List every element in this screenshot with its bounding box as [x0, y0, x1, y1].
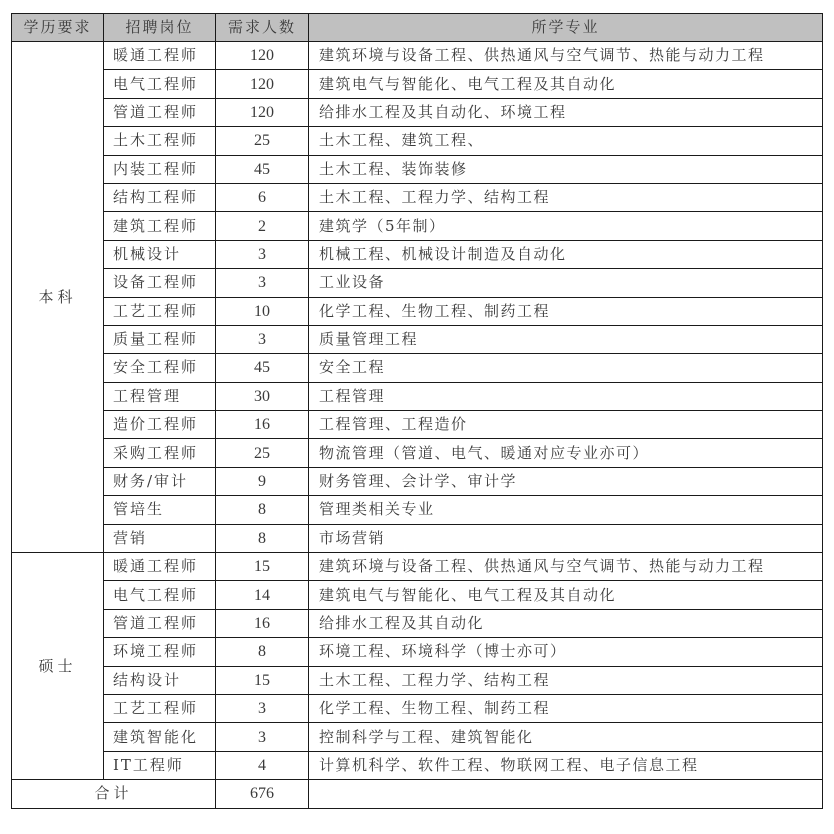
position-cell: 管道工程师 [104, 609, 216, 637]
table-row: 电气工程师120建筑电气与智能化、电气工程及其自动化 [12, 70, 823, 98]
table-row: 土木工程师25土木工程、建筑工程、 [12, 127, 823, 155]
major-cell: 土木工程、工程力学、结构工程 [309, 666, 823, 694]
count-cell: 120 [216, 98, 309, 126]
table-row: 电气工程师14建筑电气与智能化、电气工程及其自动化 [12, 581, 823, 609]
count-cell: 25 [216, 439, 309, 467]
table-row: IT工程师4计算机科学、软件工程、物联网工程、电子信息工程 [12, 751, 823, 779]
header-position: 招聘岗位 [104, 14, 216, 42]
major-cell: 质量管理工程 [309, 325, 823, 353]
position-cell: 环境工程师 [104, 638, 216, 666]
education-level-cell: 本科 [12, 42, 104, 553]
count-cell: 45 [216, 354, 309, 382]
table-row: 管培生8管理类相关专业 [12, 496, 823, 524]
position-cell: 管道工程师 [104, 98, 216, 126]
major-cell: 工程管理 [309, 382, 823, 410]
total-major-empty [309, 780, 823, 808]
table-row: 管道工程师120给排水工程及其自动化、环境工程 [12, 98, 823, 126]
major-cell: 控制科学与工程、建筑智能化 [309, 723, 823, 751]
major-cell: 土木工程、建筑工程、 [309, 127, 823, 155]
table-row: 工艺工程师3化学工程、生物工程、制药工程 [12, 694, 823, 722]
count-cell: 6 [216, 183, 309, 211]
header-major: 所学专业 [309, 14, 823, 42]
table-row: 设备工程师3工业设备 [12, 269, 823, 297]
count-cell: 45 [216, 155, 309, 183]
total-row: 合计676 [12, 780, 823, 808]
position-cell: 结构设计 [104, 666, 216, 694]
table-row: 营销8市场营销 [12, 524, 823, 552]
position-cell: 财务/审计 [104, 467, 216, 495]
count-cell: 2 [216, 212, 309, 240]
count-cell: 3 [216, 240, 309, 268]
count-cell: 15 [216, 553, 309, 581]
position-cell: 管培生 [104, 496, 216, 524]
count-cell: 9 [216, 467, 309, 495]
position-cell: 暖通工程师 [104, 553, 216, 581]
position-cell: 安全工程师 [104, 354, 216, 382]
position-cell: 设备工程师 [104, 269, 216, 297]
table-row: 造价工程师16工程管理、工程造价 [12, 411, 823, 439]
count-cell: 120 [216, 70, 309, 98]
major-cell: 建筑环境与设备工程、供热通风与空气调节、热能与动力工程 [309, 553, 823, 581]
position-cell: 造价工程师 [104, 411, 216, 439]
table-row: 工程管理30工程管理 [12, 382, 823, 410]
count-cell: 4 [216, 751, 309, 779]
education-level-cell: 硕士 [12, 553, 104, 780]
count-cell: 3 [216, 723, 309, 751]
table-row: 本科暖通工程师120建筑环境与设备工程、供热通风与空气调节、热能与动力工程 [12, 42, 823, 70]
position-cell: 电气工程师 [104, 581, 216, 609]
count-cell: 3 [216, 694, 309, 722]
position-cell: 土木工程师 [104, 127, 216, 155]
major-cell: 工程管理、工程造价 [309, 411, 823, 439]
table-row: 建筑工程师2建筑学（5年制） [12, 212, 823, 240]
count-cell: 30 [216, 382, 309, 410]
position-cell: 工艺工程师 [104, 694, 216, 722]
count-cell: 16 [216, 609, 309, 637]
major-cell: 计算机科学、软件工程、物联网工程、电子信息工程 [309, 751, 823, 779]
major-cell: 建筑环境与设备工程、供热通风与空气调节、热能与动力工程 [309, 42, 823, 70]
major-cell: 工业设备 [309, 269, 823, 297]
position-cell: 工艺工程师 [104, 297, 216, 325]
major-cell: 土木工程、工程力学、结构工程 [309, 183, 823, 211]
position-cell: 电气工程师 [104, 70, 216, 98]
position-cell: 建筑工程师 [104, 212, 216, 240]
major-cell: 市场营销 [309, 524, 823, 552]
position-cell: 建筑智能化 [104, 723, 216, 751]
position-cell: 内装工程师 [104, 155, 216, 183]
position-cell: 暖通工程师 [104, 42, 216, 70]
major-cell: 机械工程、机械设计制造及自动化 [309, 240, 823, 268]
count-cell: 16 [216, 411, 309, 439]
major-cell: 土木工程、装饰装修 [309, 155, 823, 183]
table-row: 财务/审计9财务管理、会计学、审计学 [12, 467, 823, 495]
major-cell: 环境工程、环境科学（博士亦可） [309, 638, 823, 666]
position-cell: 结构工程师 [104, 183, 216, 211]
position-cell: 营销 [104, 524, 216, 552]
position-cell: 工程管理 [104, 382, 216, 410]
count-cell: 120 [216, 42, 309, 70]
major-cell: 化学工程、生物工程、制药工程 [309, 297, 823, 325]
major-cell: 给排水工程及其自动化、环境工程 [309, 98, 823, 126]
table-row: 安全工程师45安全工程 [12, 354, 823, 382]
table-row: 采购工程师25物流管理（管道、电气、暖通对应专业亦可） [12, 439, 823, 467]
recruitment-table: 学历要求 招聘岗位 需求人数 所学专业 本科暖通工程师120建筑环境与设备工程、… [11, 13, 823, 809]
total-count: 676 [216, 780, 309, 808]
position-cell: 质量工程师 [104, 325, 216, 353]
table-row: 建筑智能化3控制科学与工程、建筑智能化 [12, 723, 823, 751]
table-row: 质量工程师3质量管理工程 [12, 325, 823, 353]
position-cell: 机械设计 [104, 240, 216, 268]
table-row: 机械设计3机械工程、机械设计制造及自动化 [12, 240, 823, 268]
major-cell: 化学工程、生物工程、制药工程 [309, 694, 823, 722]
table-row: 结构设计15土木工程、工程力学、结构工程 [12, 666, 823, 694]
major-cell: 物流管理（管道、电气、暖通对应专业亦可） [309, 439, 823, 467]
table-row: 内装工程师45土木工程、装饰装修 [12, 155, 823, 183]
header-count: 需求人数 [216, 14, 309, 42]
position-cell: 采购工程师 [104, 439, 216, 467]
table-row: 结构工程师6土木工程、工程力学、结构工程 [12, 183, 823, 211]
major-cell: 建筑电气与智能化、电气工程及其自动化 [309, 70, 823, 98]
major-cell: 管理类相关专业 [309, 496, 823, 524]
count-cell: 10 [216, 297, 309, 325]
header-row: 学历要求 招聘岗位 需求人数 所学专业 [12, 14, 823, 42]
major-cell: 给排水工程及其自动化 [309, 609, 823, 637]
table-row: 管道工程师16给排水工程及其自动化 [12, 609, 823, 637]
table-row: 工艺工程师10化学工程、生物工程、制药工程 [12, 297, 823, 325]
major-cell: 安全工程 [309, 354, 823, 382]
count-cell: 8 [216, 496, 309, 524]
count-cell: 8 [216, 638, 309, 666]
count-cell: 14 [216, 581, 309, 609]
count-cell: 3 [216, 325, 309, 353]
position-cell: IT工程师 [104, 751, 216, 779]
count-cell: 25 [216, 127, 309, 155]
count-cell: 15 [216, 666, 309, 694]
major-cell: 建筑学（5年制） [309, 212, 823, 240]
total-label: 合计 [12, 780, 216, 808]
table-row: 硕士暖通工程师15建筑环境与设备工程、供热通风与空气调节、热能与动力工程 [12, 553, 823, 581]
major-cell: 财务管理、会计学、审计学 [309, 467, 823, 495]
count-cell: 8 [216, 524, 309, 552]
major-cell: 建筑电气与智能化、电气工程及其自动化 [309, 581, 823, 609]
header-education: 学历要求 [12, 14, 104, 42]
table-row: 环境工程师8环境工程、环境科学（博士亦可） [12, 638, 823, 666]
count-cell: 3 [216, 269, 309, 297]
